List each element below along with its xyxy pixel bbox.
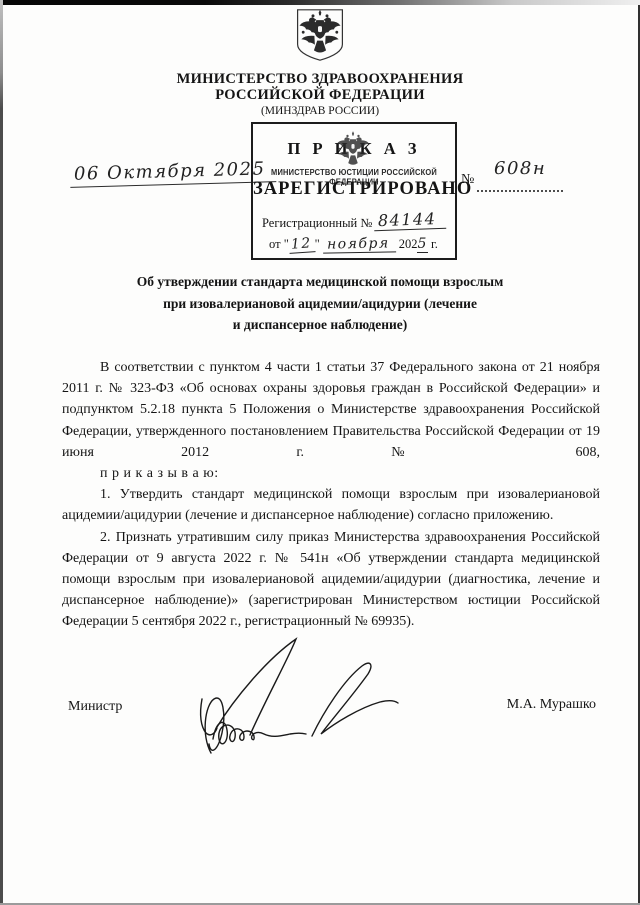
order-number-line bbox=[477, 190, 563, 192]
stamp-registered-word: ЗАРЕГИСТРИРОВАНО bbox=[253, 179, 455, 200]
stamp-registration-number-line: Регистрационный №84144 bbox=[262, 212, 447, 232]
order-title: Об утверждении стандарта медицинской пом… bbox=[60, 271, 580, 336]
signer-name: М.А. Мурашко bbox=[507, 697, 596, 713]
stamp-date-year-last-digit: 5 bbox=[417, 236, 427, 253]
order-title-line2: при изовалериановой ацидемии/ацидурии (л… bbox=[60, 293, 580, 315]
paragraph-order-verb: п р и к а з ы в а ю: bbox=[62, 463, 600, 484]
paragraph-item-1: 1. Утвердить стандарт медицинской помощи… bbox=[62, 484, 600, 526]
paragraph-item-2: 2. Признать утратившим силу приказ Минис… bbox=[62, 527, 600, 633]
minister-signature bbox=[192, 623, 406, 773]
order-date-handwritten: 06 Октября 2025 bbox=[70, 158, 276, 188]
coat-of-arms-icon bbox=[292, 7, 348, 63]
ministry-name-line2: РОССИЙСКОЙ ФЕДЕРАЦИИ bbox=[0, 87, 640, 103]
stamp-quote-close: " bbox=[315, 237, 320, 251]
stamp-reg-number-handwritten: 84144 bbox=[374, 209, 447, 232]
stamp-reg-label: Регистрационный № bbox=[262, 216, 372, 230]
stamp-date-from-label: от bbox=[269, 237, 281, 251]
order-number-handwritten: 608н bbox=[494, 158, 546, 179]
justice-registration-stamp: П Р И К А З МИНИСТЕРСТВО ЮСТИЦИИ РОССИЙС… bbox=[251, 122, 457, 260]
order-number-sign: № bbox=[461, 172, 474, 188]
order-title-line3: и диспансерное наблюдение) bbox=[60, 314, 580, 336]
scan-edge-top bbox=[0, 0, 640, 5]
order-requisites-zone: 06 Октября 2025 П Р И К А З МИНИСТЕРСТВО… bbox=[0, 115, 640, 267]
stamp-date-day-handwritten: 12 bbox=[288, 235, 315, 254]
scanned-order-page: { "document": { "header": { "ministry_li… bbox=[0, 0, 640, 905]
signer-post-label: Министр bbox=[68, 699, 122, 715]
order-body: В соответствии с пунктом 4 части 1 стать… bbox=[62, 357, 600, 633]
stamp-date-month-handwritten: ноября bbox=[323, 235, 396, 253]
paragraph-legal-basis: В соответствии с пунктом 4 части 1 стать… bbox=[62, 357, 600, 463]
stamp-date-suffix: г. bbox=[431, 237, 438, 251]
letterhead: МИНИСТЕРСТВО ЗДРАВООХРАНЕНИЯ РОССИЙСКОЙ … bbox=[0, 7, 640, 118]
order-title-line1: Об утверждении стандарта медицинской пом… bbox=[60, 271, 580, 293]
order-date-field: 06 Октября 2025 bbox=[70, 161, 276, 185]
stamp-date-year-printed: 202 bbox=[399, 237, 418, 251]
stamp-date-line: от "12" ноября 2025 г. bbox=[269, 236, 438, 253]
ministry-name-line1: МИНИСТЕРСТВО ЗДРАВООХРАНЕНИЯ bbox=[0, 71, 640, 87]
